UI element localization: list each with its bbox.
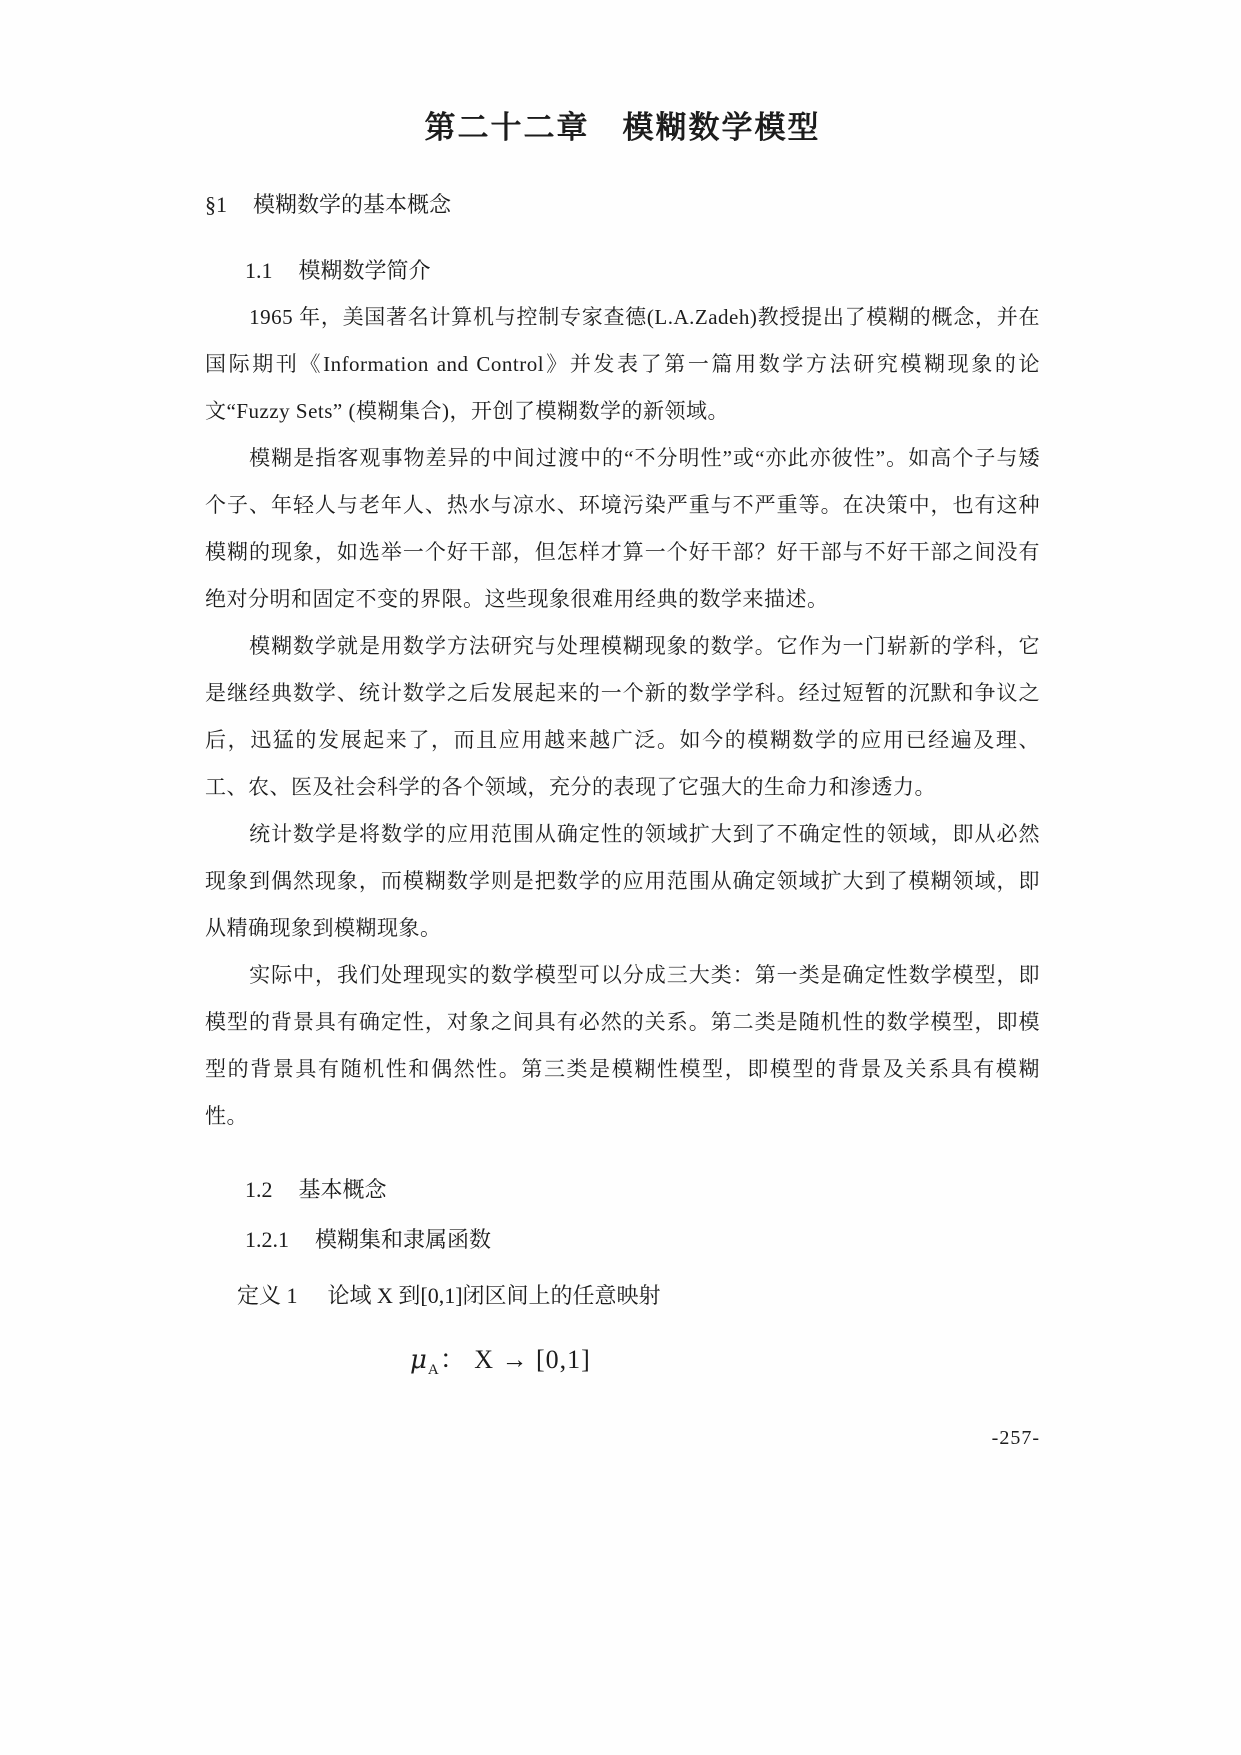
formula-mapping-text: ： X → [0,1]: [440, 1345, 591, 1374]
definition-1-label: 定义 1: [237, 1283, 298, 1308]
document-page: 第二十二章 模糊数学模型 §1模糊数学的基本概念 1.1模糊数学简介 1965 …: [0, 0, 1241, 1755]
subsection-1-1-title: 模糊数学简介: [299, 258, 431, 283]
subsubsection-1-2-1-title: 模糊集和隶属函数: [315, 1227, 491, 1252]
subsection-1-1-label: 1.1: [245, 258, 273, 283]
paragraph-intro-zadeh: 1965 年，美国著名计算机与控制专家查德(L.A.Zadeh)教授提出了模糊的…: [205, 294, 1040, 435]
subsection-1-2-label: 1.2: [245, 1177, 273, 1202]
subsection-1-2-title: 基本概念: [299, 1177, 387, 1202]
definition-1-text: 论域 X 到[0,1]闭区间上的任意映射: [328, 1283, 661, 1308]
page-number: -257-: [205, 1426, 1040, 1450]
chapter-title: 第二十二章 模糊数学模型: [205, 104, 1040, 152]
section-1-label: §1: [205, 192, 227, 217]
subsubsection-1-2-1-label: 1.2.1: [245, 1227, 289, 1252]
paragraph-three-model-classes: 实际中，我们处理现实的数学模型可以分成三大类：第一类是确定性数学模型，即模型的背…: [205, 952, 1040, 1140]
formula-mu-symbol: μ: [410, 1345, 428, 1375]
definition-1: 定义 1论域 X 到[0,1]闭区间上的任意映射: [237, 1272, 1040, 1319]
paragraph-fuzziness-examples: 模糊是指客观事物差异的中间过渡中的“不分明性”或“亦此亦彼性”。如高个子与矮个子…: [205, 435, 1040, 623]
page-content: 第二十二章 模糊数学模型 §1模糊数学的基本概念 1.1模糊数学简介 1965 …: [0, 104, 1241, 1450]
membership-function-formula: μA： X → [0,1]: [410, 1336, 1040, 1388]
paragraph-statistics-vs-fuzzy: 统计数学是将数学的应用范围从确定性的领域扩大到了不确定性的领域，即从必然现象到偶…: [205, 811, 1040, 952]
section-heading-1: §1模糊数学的基本概念: [205, 181, 1040, 228]
subsubsection-heading-1-2-1: 1.2.1模糊集和隶属函数: [245, 1216, 1040, 1263]
paragraph-fuzzy-math-discipline: 模糊数学就是用数学方法研究与处理模糊现象的数学。它作为一门崭新的学科，它是继经典…: [205, 623, 1040, 811]
subsection-heading-1-2: 1.2基本概念: [245, 1166, 1040, 1213]
subsection-heading-1-1: 1.1模糊数学简介: [245, 247, 1040, 294]
section-1-title: 模糊数学的基本概念: [253, 192, 451, 217]
formula-subscript-a: A: [428, 1362, 440, 1378]
